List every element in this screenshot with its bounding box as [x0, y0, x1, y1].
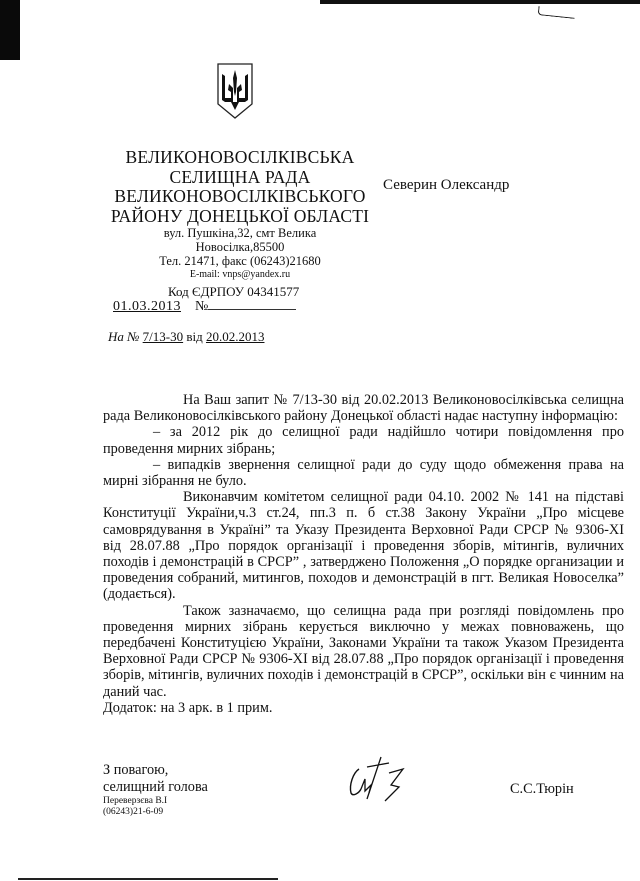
attachment-note: Додаток: на 3 арк. в 1 прим.: [103, 700, 624, 716]
executor-name: Переверзєва В.І: [103, 796, 208, 807]
recipient-name: Северин Олександр: [383, 177, 509, 194]
org-address-line: вул. Пушкіна,32, смт Велика: [105, 226, 375, 240]
org-email: E-mail: vnps@yandex.ru: [105, 268, 375, 281]
outgoing-date: 01.03.2013: [113, 299, 181, 314]
body-bullet: – за 2012 рік до селищної ради надійшло …: [103, 424, 624, 456]
body-paragraph: Виконавчим комітетом селищної ради 04.10…: [103, 489, 624, 602]
closing-regards: З повагою,: [103, 762, 208, 779]
outgoing-number-label: №: [195, 299, 208, 314]
reference-date: 20.02.2013: [206, 329, 265, 344]
org-name-line: ВЕЛИКОНОВОСІЛКІВСЬКОГО: [105, 187, 375, 207]
org-address-line: Новосілка,85500: [105, 240, 375, 254]
scan-artifact-pen-mark: [538, 6, 576, 19]
handwritten-signature-icon: [345, 755, 425, 803]
letter-body: На Ваш запит № 7/13-30 від 20.02.2013 Ве…: [103, 392, 624, 716]
scan-artifact-black-block: [0, 0, 20, 60]
reference-row: На № 7/13-30 від 20.02.2013: [108, 329, 264, 345]
org-phone: Тел. 21471, факс (06243)21680: [105, 254, 375, 268]
closing-block: З повагою, селищний голова Переверзєва В…: [103, 762, 208, 818]
org-name-line: СЕЛИЩНА РАДА: [105, 168, 375, 188]
reference-from: від: [186, 329, 202, 344]
executor-phone: (06243)21-6-09: [103, 807, 208, 818]
body-bullet: – випадків звернення селищної ради до су…: [103, 457, 624, 489]
body-paragraph: На Ваш запит № 7/13-30 від 20.02.2013 Ве…: [103, 392, 624, 424]
outgoing-number-blank: [208, 299, 296, 310]
outgoing-date-row: 01.03.2013№: [113, 299, 296, 315]
body-paragraph: Також зазначаємо, що селищна рада при ро…: [103, 603, 624, 700]
scan-artifact-top-edge: [320, 0, 640, 4]
org-name-line: РАЙОНУ ДОНЕЦЬКОЇ ОБЛАСТІ: [105, 207, 375, 227]
signer-name: С.С.Тюрін: [510, 781, 574, 798]
scan-artifact-bottom-edge: [18, 878, 278, 880]
edrpou-code: Код ЄДРПОУ 04341577: [168, 284, 299, 300]
reference-number: 7/13-30: [143, 329, 183, 344]
reference-prefix: На №: [108, 329, 139, 344]
org-name-line: ВЕЛИКОНОВОСІЛКІВСЬКА: [105, 148, 375, 168]
closing-position: селищний голова: [103, 779, 208, 796]
ukraine-trident-coat-of-arms-icon: [216, 62, 254, 120]
sender-organization-block: ВЕЛИКОНОВОСІЛКІВСЬКА СЕЛИЩНА РАДА ВЕЛИКО…: [105, 148, 375, 281]
